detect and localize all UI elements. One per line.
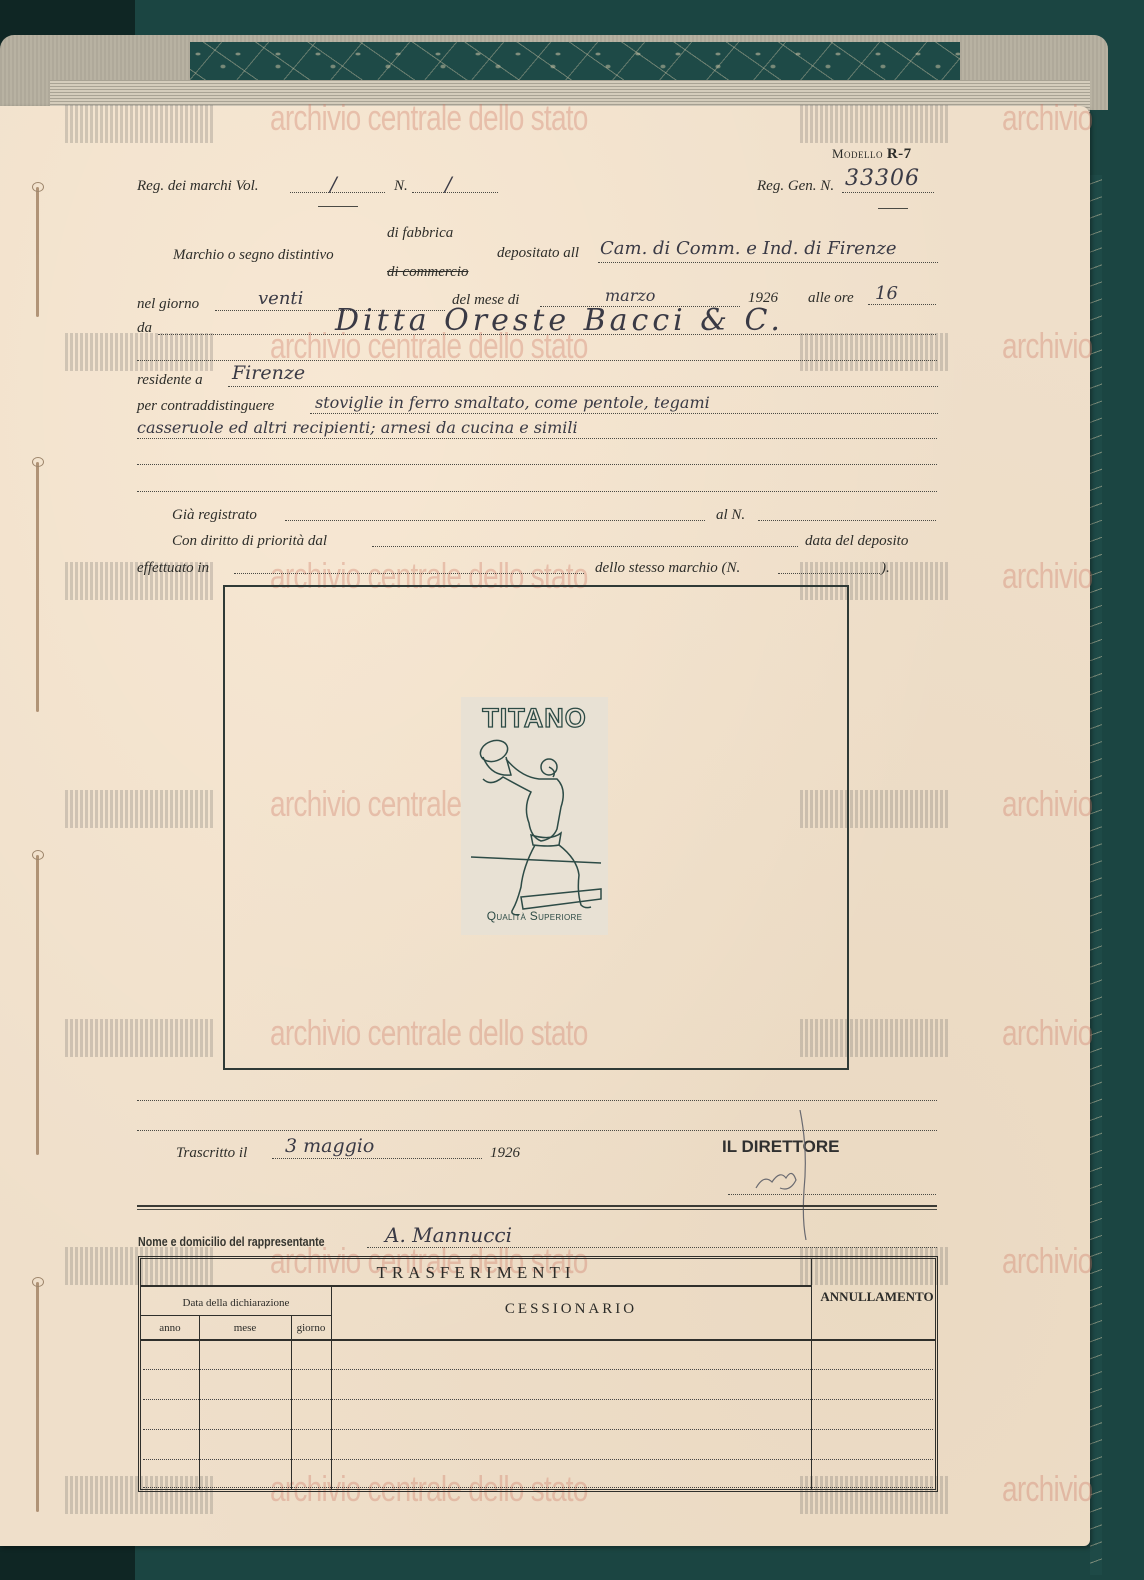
stesso-marchio-label: dello stesso marchio (N. <box>595 560 740 577</box>
contraddistinguere-label: per contraddistinguere <box>137 398 274 415</box>
effettuato-label: effettuato in <box>137 560 209 577</box>
priorita-line <box>372 546 798 547</box>
gia-registrato-line <box>285 520 705 521</box>
binding-stitch <box>36 187 39 317</box>
column-header-mese: mese <box>199 1322 291 1334</box>
transfers-title: TRASFERIMENTI <box>141 1263 811 1283</box>
depositato-line <box>598 262 938 263</box>
table-header-rule <box>141 1339 935 1341</box>
binding-stitch <box>36 855 39 1155</box>
annullamento-header: ANNULLAMENTO <box>813 1289 941 1305</box>
trascritto-year: 1926 <box>490 1145 520 1162</box>
strongman-lifting-pot-icon <box>461 737 608 917</box>
column-divider <box>199 1315 200 1489</box>
reg-gen-value[interactable]: 33306 <box>845 166 920 191</box>
table-rule <box>141 1285 811 1287</box>
da-value[interactable]: Ditta Oreste Bacci & C. <box>335 303 784 338</box>
reg-gen-label: Reg. Gen. N. <box>757 178 834 195</box>
section-divider <box>137 1209 937 1210</box>
al-n-label: al N. <box>716 507 745 524</box>
nel-giorno-value[interactable]: venti <box>258 288 303 309</box>
gia-registrato-label: Già registrato <box>172 507 257 524</box>
trademark-tagline: Qualità Superiore <box>461 909 608 923</box>
director-signature-icon <box>750 1110 830 1240</box>
di-commercio-option-struck: di commercio <box>387 264 469 281</box>
depositato-value[interactable]: Cam. di Comm. e Ind. di Firenze <box>600 238 896 259</box>
representative-value[interactable]: A. Mannucci <box>385 1223 512 1247</box>
priorita-label: Con diritto di priorità dal <box>172 533 327 550</box>
binding-stitch <box>36 462 39 712</box>
model-label: Modello <box>832 146 883 161</box>
contraddistinguere-line-2 <box>137 438 937 439</box>
blank-line <box>137 491 937 492</box>
trademark-image: TITANO Qualità Superiore <box>461 697 608 935</box>
trascritto-date-value[interactable]: 3 maggio <box>285 1135 374 1157</box>
contraddistinguere-line <box>310 413 938 414</box>
column-header-giorno: giorno <box>291 1322 331 1334</box>
depositato-label: depositato all <box>497 245 579 262</box>
stesso-marchio-line <box>778 573 880 574</box>
residente-line <box>228 386 938 387</box>
contraddistinguere-value-1[interactable]: stoviglie in ferro smaltato, come pentol… <box>315 393 710 412</box>
n-label: N. <box>394 178 408 195</box>
da-label: da <box>137 320 152 337</box>
transfers-table: TRASFERIMENTI ANNULLAMENTO Data della di… <box>138 1256 938 1492</box>
di-fabbrica-option: di fabbrica <box>387 225 453 242</box>
representative-line <box>367 1247 937 1248</box>
table-rule <box>141 1315 331 1316</box>
divider <box>878 208 908 209</box>
reg-marchi-vol-line <box>290 192 385 193</box>
representative-label: Nome e domicilio del rappresentante <box>138 1234 325 1249</box>
alle-ore-value[interactable]: 16 <box>875 283 898 304</box>
data-deposito-label: data del deposito <box>805 533 908 550</box>
marchio-label: Marchio o segno distintivo <box>173 247 334 264</box>
residente-label: residente a <box>137 372 203 389</box>
model-code: R-7 <box>887 146 912 162</box>
trademark-name: TITANO <box>461 703 608 734</box>
column-divider <box>811 1259 812 1489</box>
al-n-line <box>758 520 936 521</box>
nel-giorno-label: nel giorno <box>137 296 199 313</box>
binding-stitch <box>36 1282 39 1512</box>
blank-line <box>137 464 937 465</box>
stesso-marchio-close: ). <box>881 560 890 577</box>
contraddistinguere-value-2[interactable]: casseruole ed altri recipienti; arnesi d… <box>137 418 578 437</box>
cessionario-header: CESSIONARIO <box>331 1301 811 1318</box>
column-header-anno: anno <box>141 1322 199 1334</box>
column-divider <box>291 1315 292 1489</box>
reg-gen-line <box>842 192 934 193</box>
divider <box>318 206 358 207</box>
n-value[interactable]: / <box>445 172 452 196</box>
marbled-cover-right <box>1090 175 1102 1575</box>
blank-line <box>137 1100 937 1101</box>
residente-value[interactable]: Firenze <box>232 362 305 384</box>
effettuato-line <box>234 573 584 574</box>
blank-line <box>137 360 937 361</box>
trascritto-line <box>272 1158 482 1159</box>
trascritto-label: Trascritto il <box>176 1145 247 1162</box>
alle-ore-label: alle ore <box>808 290 854 307</box>
reg-marchi-label: Reg. dei marchi Vol. <box>137 178 259 195</box>
alle-ore-line <box>868 304 936 305</box>
n-line <box>412 192 498 193</box>
date-group-header: Data della dichiarazione <box>141 1297 331 1309</box>
section-divider <box>137 1205 937 1207</box>
reg-marchi-vol-value[interactable]: / <box>330 172 337 196</box>
form-model-label: Modello R-7 <box>832 146 912 163</box>
